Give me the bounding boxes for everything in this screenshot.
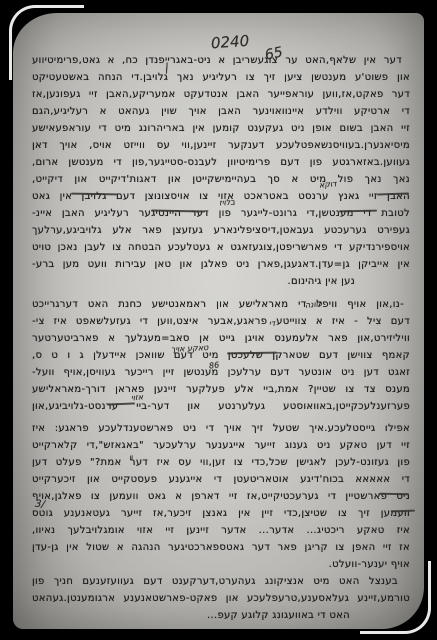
text-line: נאך נאך פול מיט א סך בעהיימישקייטן און ד… (32, 171, 410, 188)
text-line: -נו,און אויף וויפל די מאראלישע און ראמאנ… (32, 296, 410, 313)
text-line: בענצל האט מיט אנציקונג געהערט,דערקענט דע… (32, 573, 410, 590)
text-line: נען אין גיהינום. (32, 273, 410, 290)
text-line: דער פאקט,אז,ווען עוראפייער האבן אנטדעקט … (32, 86, 410, 103)
text-line: טורמע,זיינע געלאסענע,טרעפלעכע און פאקט-פ… (32, 590, 410, 607)
document-page: דער אין שלאף,האט ער צוגעשריבן א ניט-באגר… (13, 13, 424, 629)
handwritten-page-number-top: 0240 (210, 32, 249, 53)
text-line: האט די באוועגונג קלוגע קעפ... (32, 607, 410, 624)
text-line: געווען.באזארגטע פון דעם פרימיטיוון לעבנס… (32, 154, 410, 171)
text-line: מענס צד צו שטיין? אמת,ביי אלע פעלקער זיי… (32, 381, 410, 398)
text-line: די ארטיקע ווילדע איינוואוינער האבן אויך … (32, 103, 410, 120)
typewritten-text-block: דער אין שלאף,האט ער צוגעשריבן א ניט-באגר… (32, 52, 410, 624)
text-line: אז זיי האפן צו קריגן פאר דער גאטספארכטיג… (32, 539, 410, 556)
text-line: פערזענלעכקייטן,באוואוסטע געלערנטע און דע… (32, 398, 410, 415)
text-line: מיסיאנערן.בעוויסנשאפטלעכע דענקער זיינען,… (32, 137, 410, 154)
photographed-document: { "frame":{"description":"microfilm whit… (0, 0, 437, 640)
text-line: דער אין שלאף,האט ער צוגעשריבן א ניט-באגר… (32, 52, 410, 69)
text-line: אויף יענער-וועלט. (32, 556, 410, 573)
text-line: געפירט גערעכטע געבאטן,דיסציפלינארע געזעצ… (32, 222, 410, 239)
text-line: האבן זיי גאנץ ערנסט באטראכט אזוי צו אויס… (32, 188, 410, 205)
text-line: קאמף צווישן דעם שטארקן שלעכטן מיט דעם שו… (32, 347, 410, 364)
text-line: זיי האבן בשום אופן ניט געקענט קומען אין … (32, 120, 410, 137)
text-line: פון געזונט-לעכן לאגישן שכל,כדי צו זען,וו… (32, 454, 410, 471)
text-line: ניט פארשטיין די גערעכטיקייט,אז זיי דארפן… (32, 488, 410, 505)
text-line: אויספירנדיקע די פארשריפטן,צוגעזאגט א געט… (32, 239, 410, 256)
text-line: דעם ציל - איז א צווייטע פראגע,אבער איצט,… (32, 313, 410, 330)
text-line: איז טאקע ריכטיג... אדער... אדער זיינען ז… (32, 522, 410, 539)
text-line: אפילו גייסטלעכע.איך שטעל זיך אויך די ניט… (32, 420, 410, 437)
text-line: די אאאאא בכוח'דיגע אוטאריטעטן די אייגענע… (32, 471, 410, 488)
text-line: זאגט דען ניט אונטער דעם ערלעכן מענטשן זי… (32, 364, 410, 381)
text-line: און פשוט'ע מענטשן ציען זיך צו רעליגיע נא… (32, 69, 410, 86)
text-line: אין אייביקן גן=עדן.דאגעגן,פארן ניט פאלגן… (32, 256, 410, 273)
text-line: לטובת די מענטשן,די גרונט-לייגער פון דער … (32, 205, 410, 222)
text-line: וועמען זיך צו שטיצן,כדי זיין אין גאנצן ז… (32, 505, 410, 522)
text-line: זיי דען טאקע ניט גענוג זייער אייגענער ער… (32, 437, 410, 454)
text-line: וויליזירט,און פאר אלעמענס אויגן גייט אן … (32, 330, 410, 347)
